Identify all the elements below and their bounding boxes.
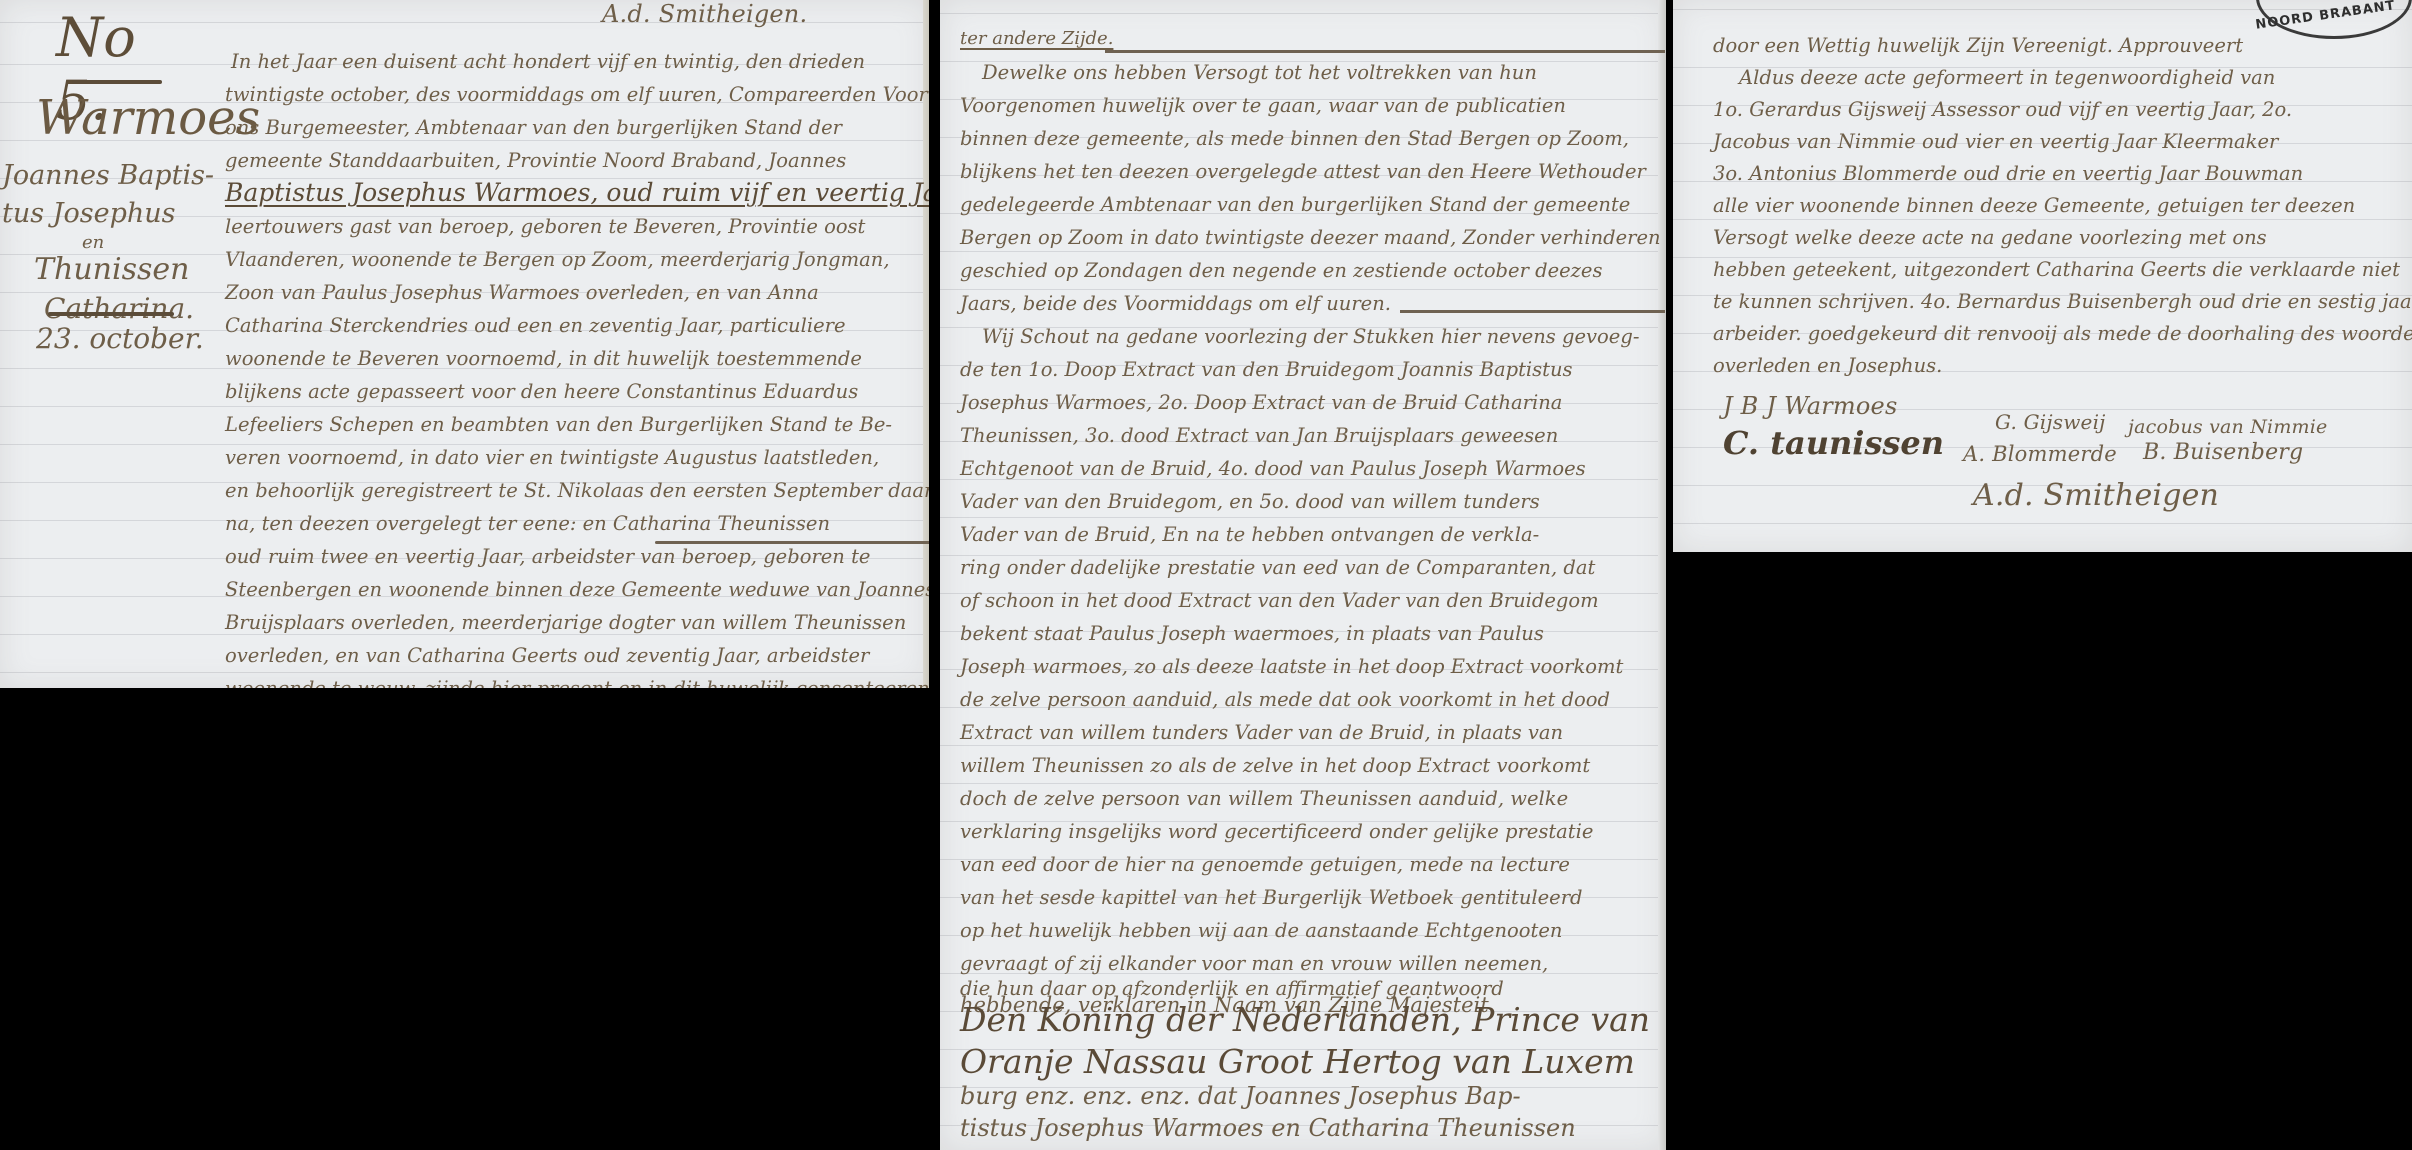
text-line: leertouwers gast van beroep, geboren te …	[225, 215, 865, 238]
text-line: Jacobus van Nimmie oud vier en veertig J…	[1713, 130, 2278, 153]
text-line: te kunnen schrijven. 4o. Bernardus Buise…	[1713, 290, 2412, 313]
royal-line: tistus Josephus Warmoes en Catharina The…	[960, 1114, 1576, 1142]
signature-groom: J B J Warmoes	[1723, 392, 1897, 420]
page-1: No 5. Warmoes Joannes Baptis- tus Joseph…	[0, 0, 929, 688]
margin-groom-line1: Joannes Baptis-	[2, 160, 214, 191]
text-line: gemeente Standdaarbuiten, Provintie Noor…	[225, 149, 846, 172]
text-line: Echtgenoot van de Bruid, 4o. dood van Pa…	[960, 457, 1586, 480]
paragraph-rule	[1400, 310, 1665, 313]
margin-conjunction: en	[82, 232, 104, 253]
text-line: willem Theunissen zo als de zelve in het…	[960, 754, 1590, 777]
page-heading: ter andere Zijde.	[960, 28, 1113, 49]
text-line: oud ruim twee en veertig Jaar, arbeidste…	[225, 545, 870, 568]
text-line: en behoorlijk geregistreert te St. Nikol…	[225, 479, 929, 502]
text-line: Jaars, beide des Voormiddags om elf uure…	[960, 292, 1391, 315]
text-line: Joseph warmoes, zo als deeze laatste in …	[960, 655, 1623, 678]
text-line: 1o. Gerardus Gijsweij Assessor oud vijf …	[1713, 98, 2292, 121]
text-line: ring onder dadelijke prestatie van eed v…	[960, 556, 1595, 579]
text-line: Steenbergen en woonende binnen deze Geme…	[225, 578, 929, 601]
margin-bride-surname: Thunissen	[34, 252, 189, 287]
text-line: Bruijsplaars overleden, meerderjarige do…	[225, 611, 906, 634]
text-line: Wij Schout na gedane voorlezing der Stuk…	[960, 325, 1639, 348]
text-line: woonende te Beveren voornoemd, in dit hu…	[225, 347, 862, 370]
royal-line: Den Koning der Nederlanden, Prince van	[960, 1000, 1650, 1039]
signature-witness-1: G. Gijsweij	[1995, 410, 2106, 434]
signature-witness-3: A. Blommerde	[1963, 442, 2117, 466]
text-line: gedelegeerde Ambtenaar van den burgerlij…	[960, 193, 1630, 216]
text-line: gevraagt of zij elkander voor man en vro…	[960, 952, 1548, 975]
text-line: Zoon van Paulus Josephus Warmoes overled…	[225, 281, 819, 304]
text-line: door een Wettig huwelijk Zijn Vereenigt.…	[1713, 34, 2243, 57]
text-line: de zelve persoon aanduid, als mede dat o…	[960, 688, 1610, 711]
margin-groom-line2: tus Josephus	[2, 198, 176, 229]
heading-rule	[1105, 50, 1665, 53]
text-line: Bergen op Zoom in dato twintigste deezer…	[960, 226, 1666, 249]
text-line: Versogt welke deeze acte na gedane voorl…	[1713, 226, 2267, 249]
signature-witness-4: B. Buisenberg	[2143, 440, 2303, 465]
text-line: veren voornoemd, in dato vier en twintig…	[225, 446, 879, 469]
text-line: Dewelke ons hebben Versogt tot het voltr…	[960, 61, 1537, 84]
text-line: blijkens acte gepasseert voor den heere …	[225, 380, 858, 403]
text-line: Vader van de Bruid, En na te hebben ontv…	[960, 523, 1539, 546]
bride-name-underline	[655, 541, 929, 544]
text-line: doch de zelve persoon van willem Theunis…	[960, 787, 1568, 810]
text-line-groom-name: Baptistus Josephus Warmoes, oud ruim vij…	[225, 178, 929, 207]
signature-bride: C. taunissen	[1723, 424, 1944, 462]
text-line: de ten 1o. Doop Extract van den Bruidego…	[960, 358, 1573, 381]
text-line: Extract van willem tunders Vader van de …	[960, 721, 1563, 744]
header-signature: A.d. Smitheigen.	[602, 0, 807, 28]
record-number-underline	[72, 80, 162, 84]
text-line: binnen deze gemeente, als mede binnen de…	[960, 127, 1629, 150]
text-line: woonende te wouw, zijnde hier present en…	[225, 677, 929, 688]
text-line: hebben geteekent, uitgezondert Catharina…	[1713, 258, 2400, 281]
signature-official: A.d. Smitheigen	[1973, 478, 2219, 513]
text-line: Vlaanderen, woonende te Bergen op Zoom, …	[225, 248, 890, 271]
text-line: geschied op Zondagen den negende en zest…	[960, 259, 1602, 282]
page-2: ter andere Zijde. Dewelke ons hebben Ver…	[940, 0, 1666, 1150]
text-line: van eed door de hier na genoemde getuige…	[960, 853, 1570, 876]
text-line: overleden en Josephus.	[1713, 354, 1942, 377]
text-line: blijkens het ten deezen overgelegde atte…	[960, 160, 1646, 183]
page-3: NOORD BRABANT door een Wettig huwelijk Z…	[1673, 0, 2412, 552]
text-line: ons Burgemeester, Ambtenaar van den burg…	[225, 116, 842, 139]
text-line-bride-name: na, ten deezen overgelegt ter eene: en C…	[225, 512, 830, 535]
royal-line: burg enz. enz. enz. dat Joannes Josephus…	[960, 1082, 1521, 1110]
text-line: Lefeeliers Schepen en beambten van den B…	[225, 413, 892, 436]
text-line: van het sesde kapittel van het Burgerlij…	[960, 886, 1583, 909]
page-edge	[1658, 0, 1666, 1150]
text-line: overleden, en van Catharina Geerts oud z…	[225, 644, 869, 667]
margin-bride-given: Catharina.	[44, 292, 194, 325]
text-line: Catharina Sterckendries oud een en zeven…	[225, 314, 846, 337]
text-line: 3o. Antonius Blommerde oud drie en veert…	[1713, 162, 2303, 185]
signature-witness-2: jacobus van Nimmie	[2128, 416, 2327, 438]
text-line: Theunissen, 3o. dood Extract van Jan Bru…	[960, 424, 1558, 447]
text-line: Voorgenomen huwelijk over te gaan, waar …	[960, 94, 1566, 117]
text-line: verklaring insgelijks word gecertificeer…	[960, 820, 1593, 843]
text-line: arbeider. goedgekeurd dit renvooij als m…	[1713, 322, 2412, 345]
margin-date: 23. october.	[36, 322, 204, 355]
text-line: Josephus Warmoes, 2o. Doop Extract van d…	[960, 391, 1562, 414]
text-line: of schoon in het dood Extract van den Va…	[960, 589, 1599, 612]
margin-divider	[48, 312, 174, 316]
text-line: In het Jaar een duisent acht hondert vij…	[225, 50, 865, 73]
royal-line: Oranje Nassau Groot Hertog van Luxem	[960, 1042, 1635, 1081]
text-line: twintigste october, des voormiddags om e…	[225, 83, 928, 106]
text-line: Vader van den Bruidegom, en 5o. dood van…	[960, 490, 1540, 513]
text-line: Aldus deeze acte geformeert in tegenwoor…	[1713, 66, 2275, 89]
text-line: bekent staat Paulus Joseph waermoes, in …	[960, 622, 1544, 645]
text-line: alle vier woonende binnen deeze Gemeente…	[1713, 194, 2355, 217]
text-line: op het huwelijk hebben wij aan de aansta…	[960, 919, 1562, 942]
